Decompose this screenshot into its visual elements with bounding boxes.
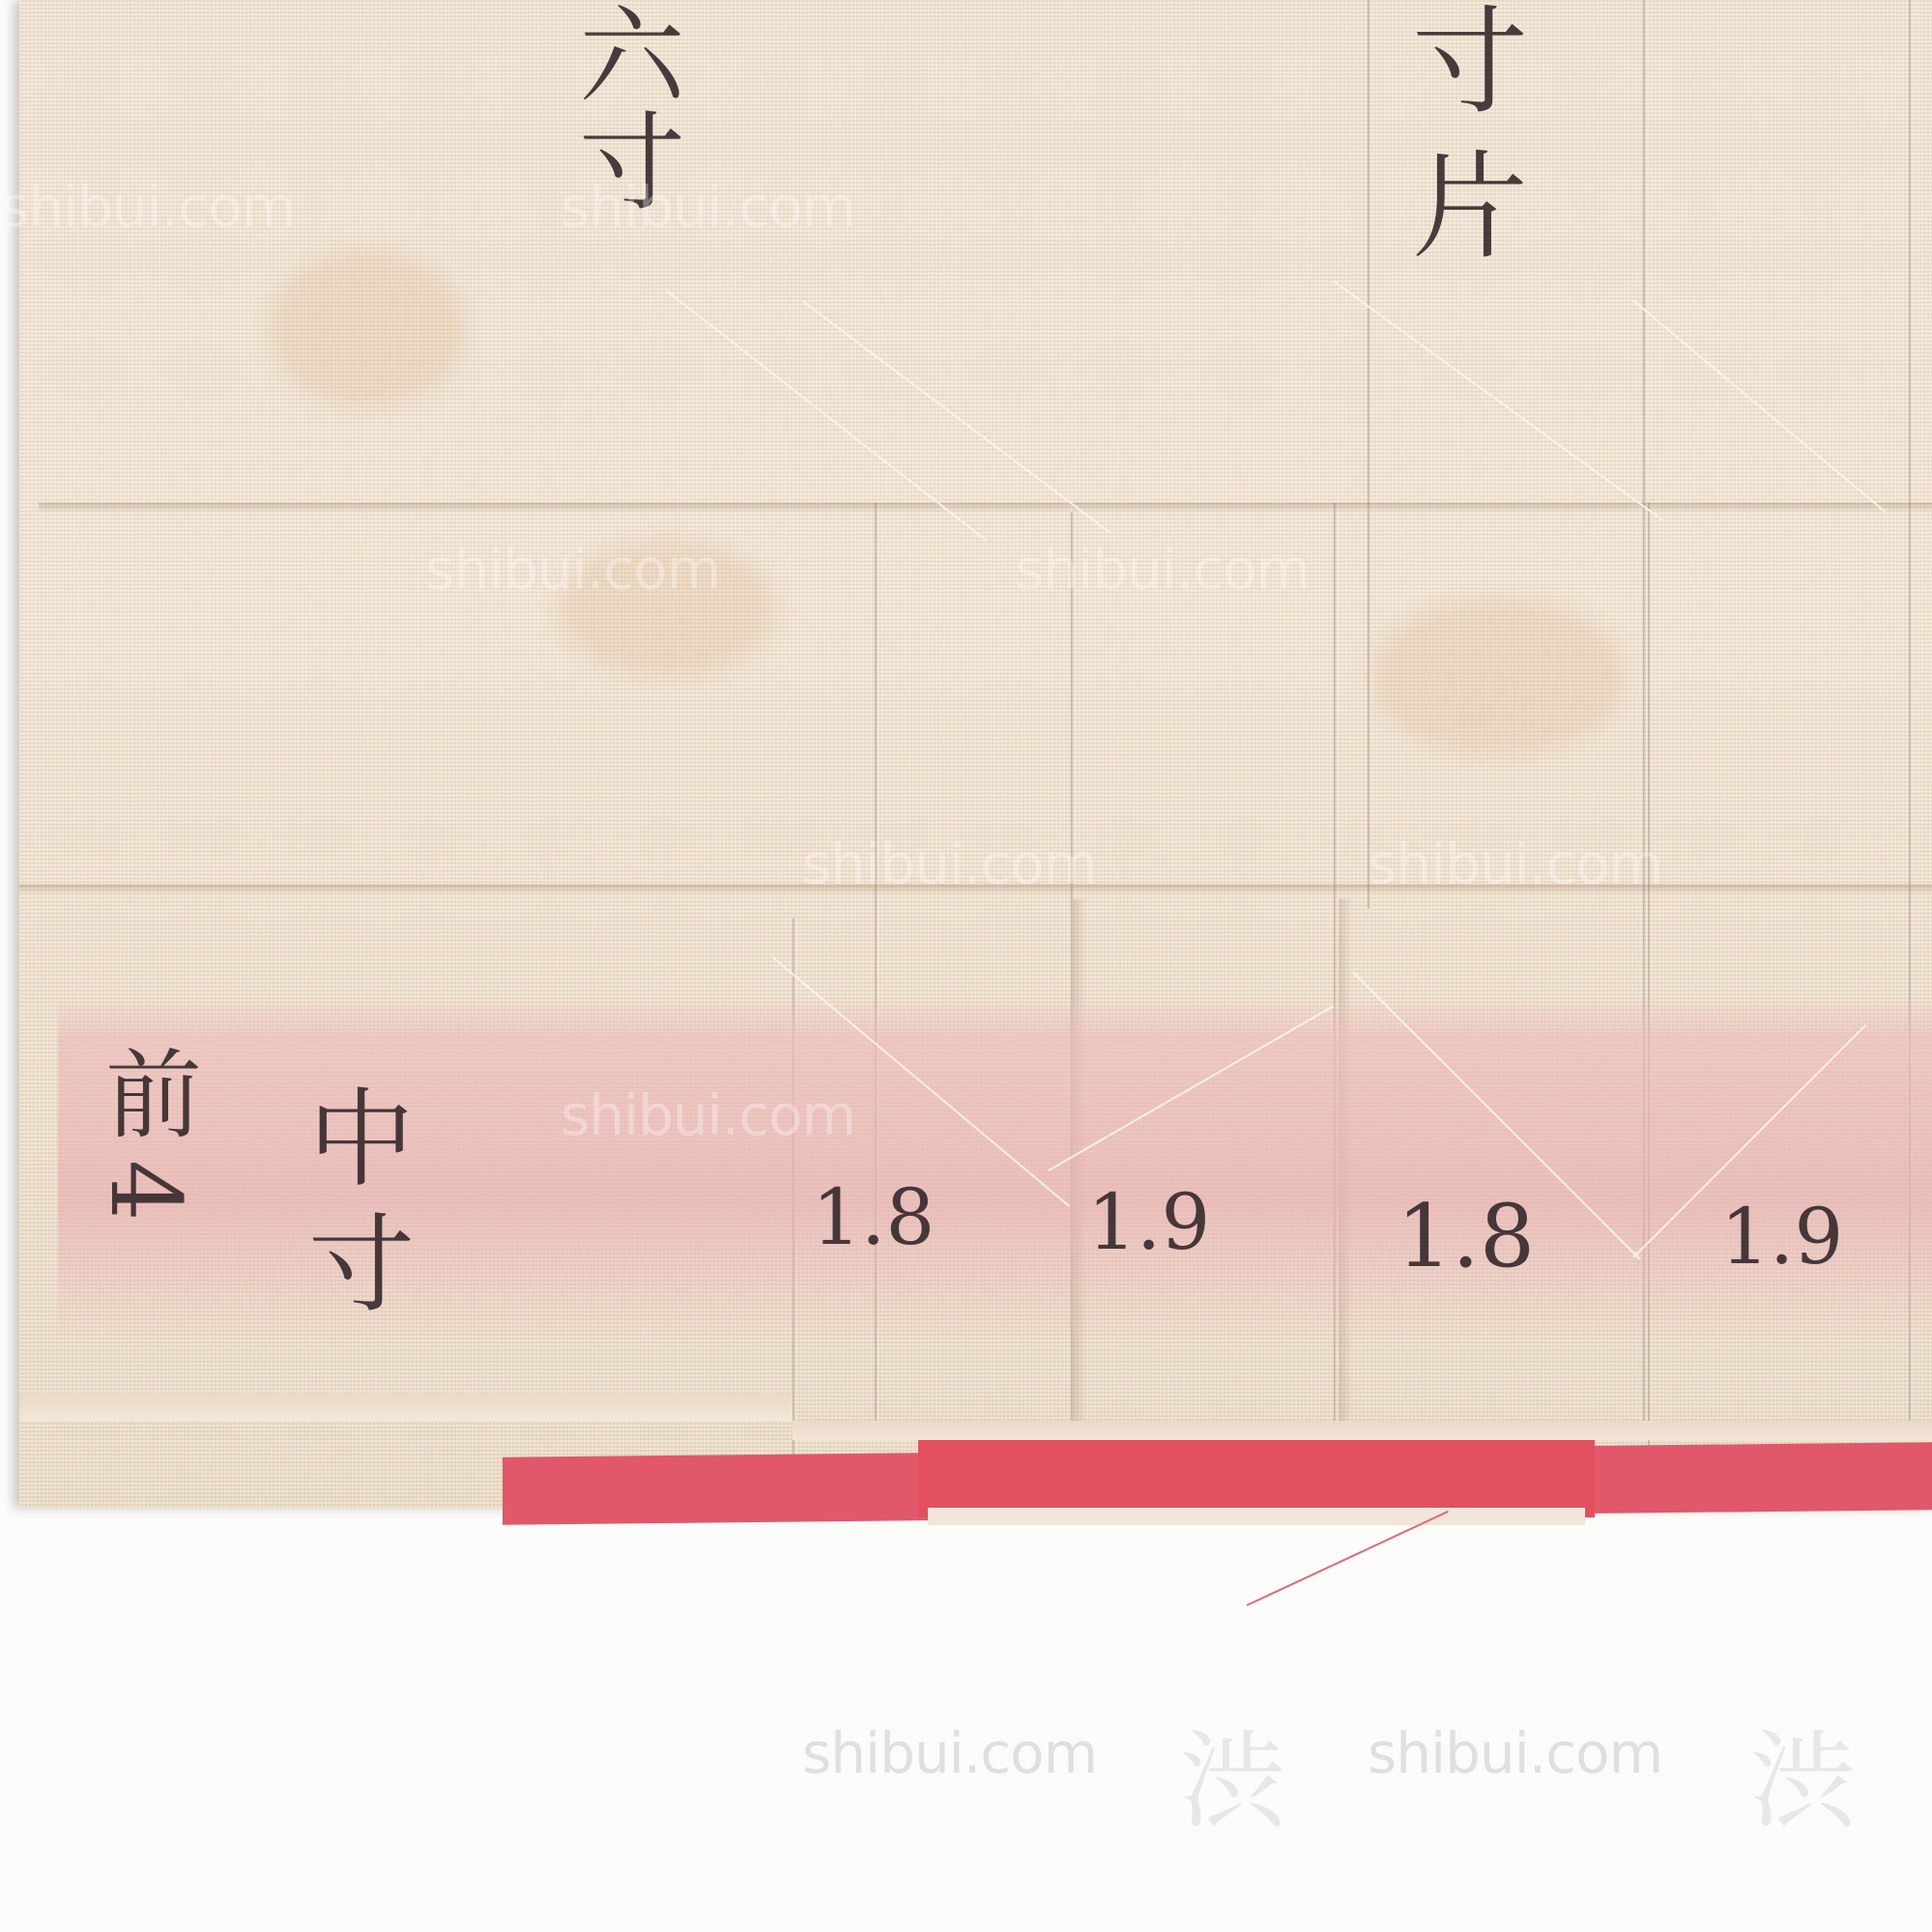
handwriting-band-col1: 前4: [97, 1044, 193, 1241]
handwriting-top-right: 寸片: [1401, 0, 1517, 290]
bottom-hem: [19, 1392, 793, 1421]
pleat-mark-4: 1.9: [1720, 1198, 1843, 1276]
red-underlayer: [918, 1440, 1595, 1517]
watermark-text: shibui.com: [0, 174, 295, 240]
watermark-text: shibui.com: [1368, 1720, 1662, 1786]
stain: [271, 251, 464, 406]
bottom-hem: [928, 1508, 1585, 1525]
pleat-mark-1: 1.8: [812, 1179, 935, 1256]
watermark-kanji: 渋: [1179, 1696, 1285, 1849]
watermark-text: shibui.com: [1368, 831, 1662, 897]
watermark-text: shibui.com: [1015, 536, 1310, 602]
fabric-photo: 六寸 寸片 前4 中寸 1.8 1.9 1.8 1.9 shibui.com s…: [0, 0, 1932, 1932]
handwriting-band-col2: 中寸: [300, 1082, 406, 1334]
watermark-text: shibui.com: [561, 174, 855, 240]
watermark-text: shibui.com: [802, 831, 1097, 897]
pleat-mark-3: 1.8: [1397, 1194, 1535, 1281]
watermark-kanji: 渋: [1749, 1696, 1856, 1849]
pleat-mark-2: 1.9: [1087, 1184, 1210, 1261]
pleat-crease: [1368, 0, 1371, 908]
watermark-text: shibui.com: [561, 1082, 855, 1148]
bottom-hem: [793, 1421, 1932, 1440]
watermark-text: shibui.com: [425, 536, 720, 602]
watermark-text: shibui.com: [802, 1720, 1097, 1786]
stain: [1372, 599, 1624, 754]
